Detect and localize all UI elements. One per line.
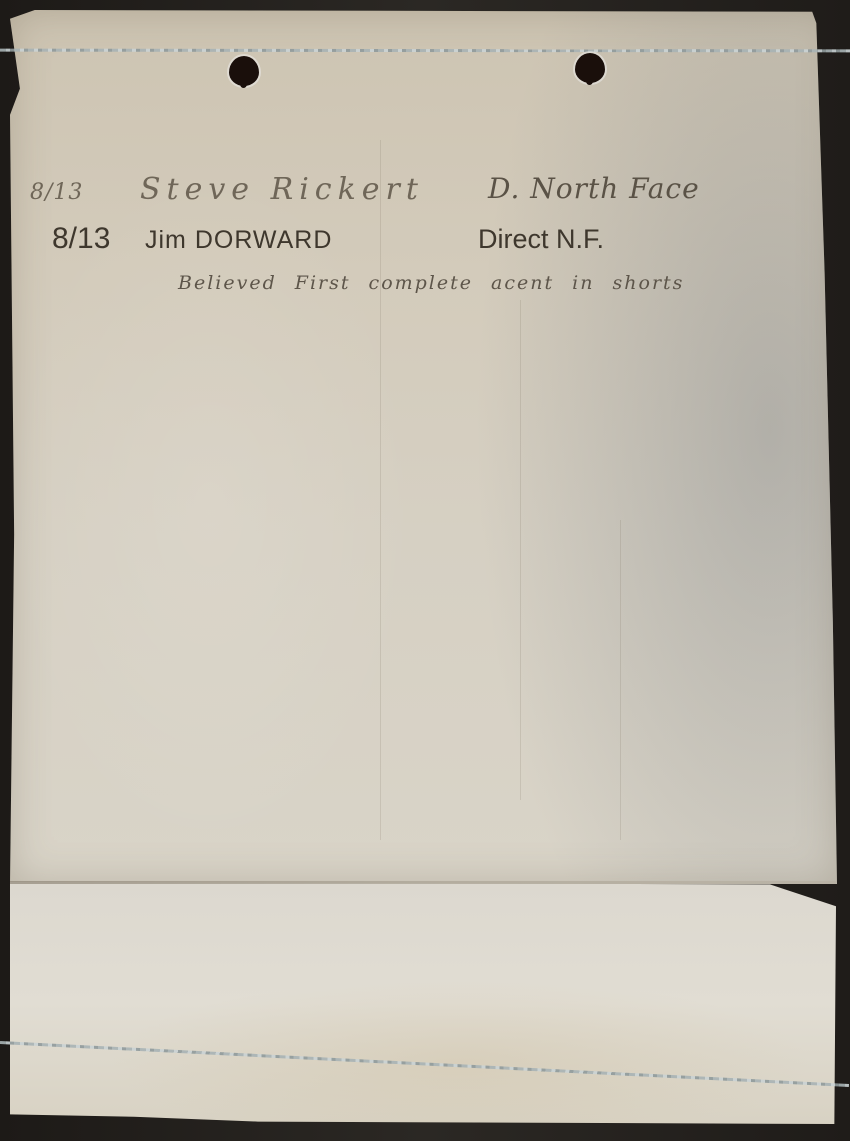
paper-crease: [520, 300, 521, 800]
paper-sheet-upper: [10, 10, 837, 884]
entry-climber-name: Steve Rickert: [140, 172, 424, 207]
entry-route: Direct N.F.: [478, 224, 604, 255]
paper-sheet-lower-fold: [10, 882, 836, 1124]
fold-line: [10, 881, 836, 884]
entry-climber-name: Jim DORWARD: [145, 226, 332, 255]
entry-note: Believed First complete acent in shorts: [178, 272, 684, 294]
punch-hole-left: [229, 56, 259, 86]
paper-crease: [380, 140, 381, 840]
punch-hole-right: [575, 53, 605, 83]
entry-date: 8/13: [52, 222, 110, 256]
entry-date: 8/13: [30, 180, 83, 205]
entry-route: D. North Face: [488, 172, 700, 205]
paper-crease: [620, 520, 621, 840]
